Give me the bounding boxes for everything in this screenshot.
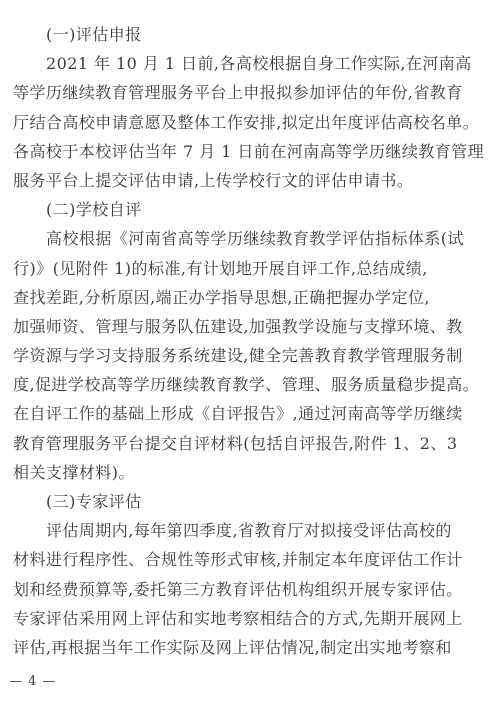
paragraph-line: 在自评工作的基础上形成《自评报告》,通过河南高等学历继续 — [13, 399, 481, 428]
paragraph-line: 材料进行程序性、合规性等形式审核,并制定本年度评估工作计 — [13, 545, 481, 574]
document-page: (一)评估申报 2021 年 10 月 1 日前,各高校根据自身工作实际,在河南… — [0, 0, 492, 702]
paragraph-line: 各高校于本校评估当年 7 月 1 日前在河南高等学历继续教育管理 — [13, 137, 481, 166]
paragraph-line: 度,促进学校高等学历继续教育教学、管理、服务质量稳步提高。 — [13, 370, 481, 399]
paragraph-line: 等学历继续教育管理服务平台上申报拟参加评估的年份,省教育 — [13, 78, 481, 107]
paragraph-line: 学资源与学习支持服务系统建设,健全完善教育教学管理服务制 — [13, 341, 481, 370]
paragraph-line: 划和经费预算等,委托第三方教育评估机构组织开展专家评估。 — [13, 575, 481, 604]
paragraph-line: 专家评估采用网上评估和实地考察相结合的方式,先期开展网上 — [13, 604, 481, 633]
paragraph-line: 评估周期内,每年第四季度,省教育厅对拟接受评估高校的 — [13, 516, 481, 545]
paragraph-line: 查找差距,分析原因,端正办学指导思想,正确把握办学定位, — [13, 283, 481, 312]
document-body: (一)评估申报 2021 年 10 月 1 日前,各高校根据自身工作实际,在河南… — [13, 20, 481, 662]
paragraph-line: 服务平台上提交评估申请,上传学校行文的评估申请书。 — [13, 166, 481, 195]
page-number: — 4 — — [9, 673, 57, 690]
paragraph-line: 教育管理服务平台提交自评材料(包括自评报告,附件 1、2、3 — [13, 429, 481, 458]
paragraph-line: 厅结合高校申请意愿及整体工作安排,拟定出年度评估高校名单。 — [13, 108, 481, 137]
paragraph-line: 评估,再根据当年工作实际及网上评估情况,制定出实地考察和 — [13, 633, 481, 662]
paragraph-line: 相关支撑材料)。 — [13, 458, 481, 487]
section-2-heading: (二)学校自评 — [13, 195, 481, 224]
paragraph-line: 高校根据《河南省高等学历继续教育教学评估指标体系(试 — [13, 224, 481, 253]
section-1-heading: (一)评估申报 — [13, 20, 481, 49]
paragraph-line: 2021 年 10 月 1 日前,各高校根据自身工作实际,在河南高 — [13, 49, 481, 78]
paragraph-line: 行)》(见附件 1)的标准,有计划地开展自评工作,总结成绩, — [13, 254, 481, 283]
paragraph-line: 加强师资、管理与服务队伍建设,加强教学设施与支撑环境、教 — [13, 312, 481, 341]
section-3-heading: (三)专家评估 — [13, 487, 481, 516]
